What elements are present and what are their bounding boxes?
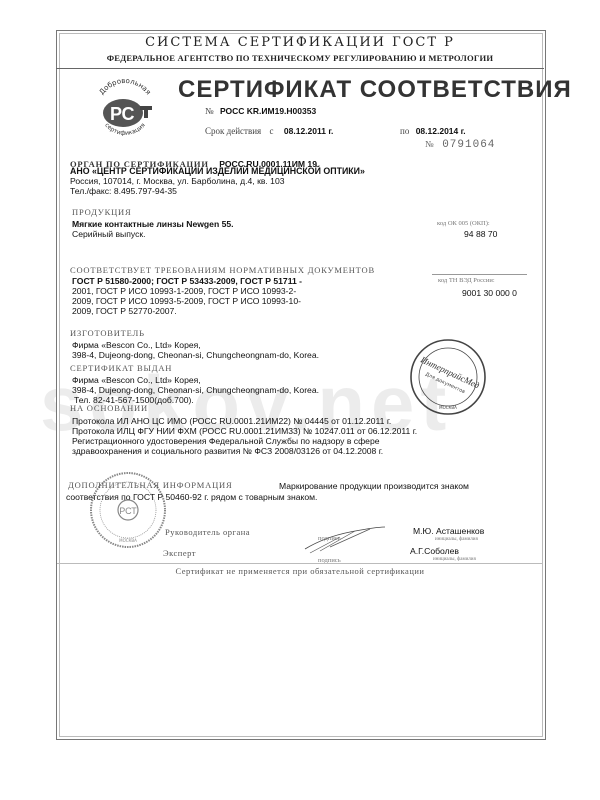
certificate-number: № РОСС KR.ИМ19.H00353	[205, 106, 316, 116]
additional-text-1: Маркирование продукции производится знак…	[279, 481, 469, 492]
head-name: М.Ю. Асташенков	[413, 526, 484, 537]
head-label: Руководитель органа	[165, 527, 250, 537]
valid-to: 08.12.2014 г.	[416, 126, 466, 136]
system-title: СИСТЕМА СЕРТИФИКАЦИИ ГОСТ Р	[56, 35, 544, 50]
manufacturer-line: 398-4, Dujeong-dong, Cheonan-si, Chungch…	[72, 350, 319, 361]
signature-caption: подпись	[318, 535, 341, 542]
round-seal-icon: РСТ МОСКВА	[88, 470, 168, 550]
basis-line: здравоохранения и социального развития №…	[72, 446, 383, 457]
svg-text:Добровольная: Добровольная	[98, 78, 153, 96]
certificate-header: СИСТЕМА СЕРТИФИКАЦИИ ГОСТ Р ФЕДЕРАЛЬНОЕ …	[56, 30, 544, 69]
certificate-title: СЕРТИФИКАТ СООТВЕТСТВИЯ	[178, 76, 572, 104]
agency-name: ФЕДЕРАЛЬНОЕ АГЕНТСТВО ПО ТЕХНИЧЕСКОМУ РЕ…	[56, 53, 544, 63]
valid-from: 08.12.2011 г.	[284, 126, 334, 136]
okp-code: 94 88 70	[464, 229, 497, 240]
expert-label: Эксперт	[163, 548, 196, 558]
issued-to-label: СЕРТИФИКАТ ВЫДАН	[70, 363, 172, 373]
svg-text:РС: РС	[110, 104, 135, 124]
svg-text:РСТ: РСТ	[119, 506, 137, 516]
product-label: ПРОДУКЦИЯ	[72, 207, 131, 217]
okp-label: код ОК 005 (ОКП):	[437, 220, 490, 227]
tnved-divider	[432, 274, 527, 275]
name-caption: инициалы, фамилия	[435, 537, 478, 542]
validity-period: Срок действия с 08.12.2011 г.	[205, 126, 333, 136]
footer-note: Сертификат не применяется при обязательн…	[0, 566, 600, 576]
name-caption: инициалы, фамилия	[433, 557, 476, 562]
conformity-label: СООТВЕТСТВУЕТ ТРЕБОВАНИЯМ НОРМАТИВНЫХ ДО…	[70, 265, 375, 275]
expert-name: А.Г.Соболев	[410, 546, 459, 557]
svg-text:МОСКВА: МОСКВА	[439, 405, 457, 410]
product-series: Серийный выпуск.	[72, 229, 146, 240]
tnved-label: код ТН ВЭД России:	[438, 277, 495, 284]
serial-number: № 0791064	[425, 139, 495, 151]
company-stamp-icon: ИнтерпрайсМед Для документов МОСКВА	[408, 337, 488, 417]
organ-phone: Тел./факс: 8.495.797-94-35	[70, 186, 177, 197]
valid-to-block: по 08.12.2014 г.	[400, 126, 466, 136]
basis-label: НА ОСНОВАНИИ	[70, 403, 148, 413]
conformity-line: 2009, ГОСТ Р 52770-2007.	[72, 306, 177, 317]
tnved-code: 9001 30 000 0	[462, 288, 517, 299]
rst-logo-icon: Добровольная РС сертификация	[90, 78, 160, 140]
signature-icon	[300, 517, 390, 557]
footer-divider	[57, 563, 543, 564]
svg-text:МОСКВА: МОСКВА	[119, 538, 137, 543]
manufacturer-label: ИЗГОТОВИТЕЛЬ	[70, 328, 145, 338]
